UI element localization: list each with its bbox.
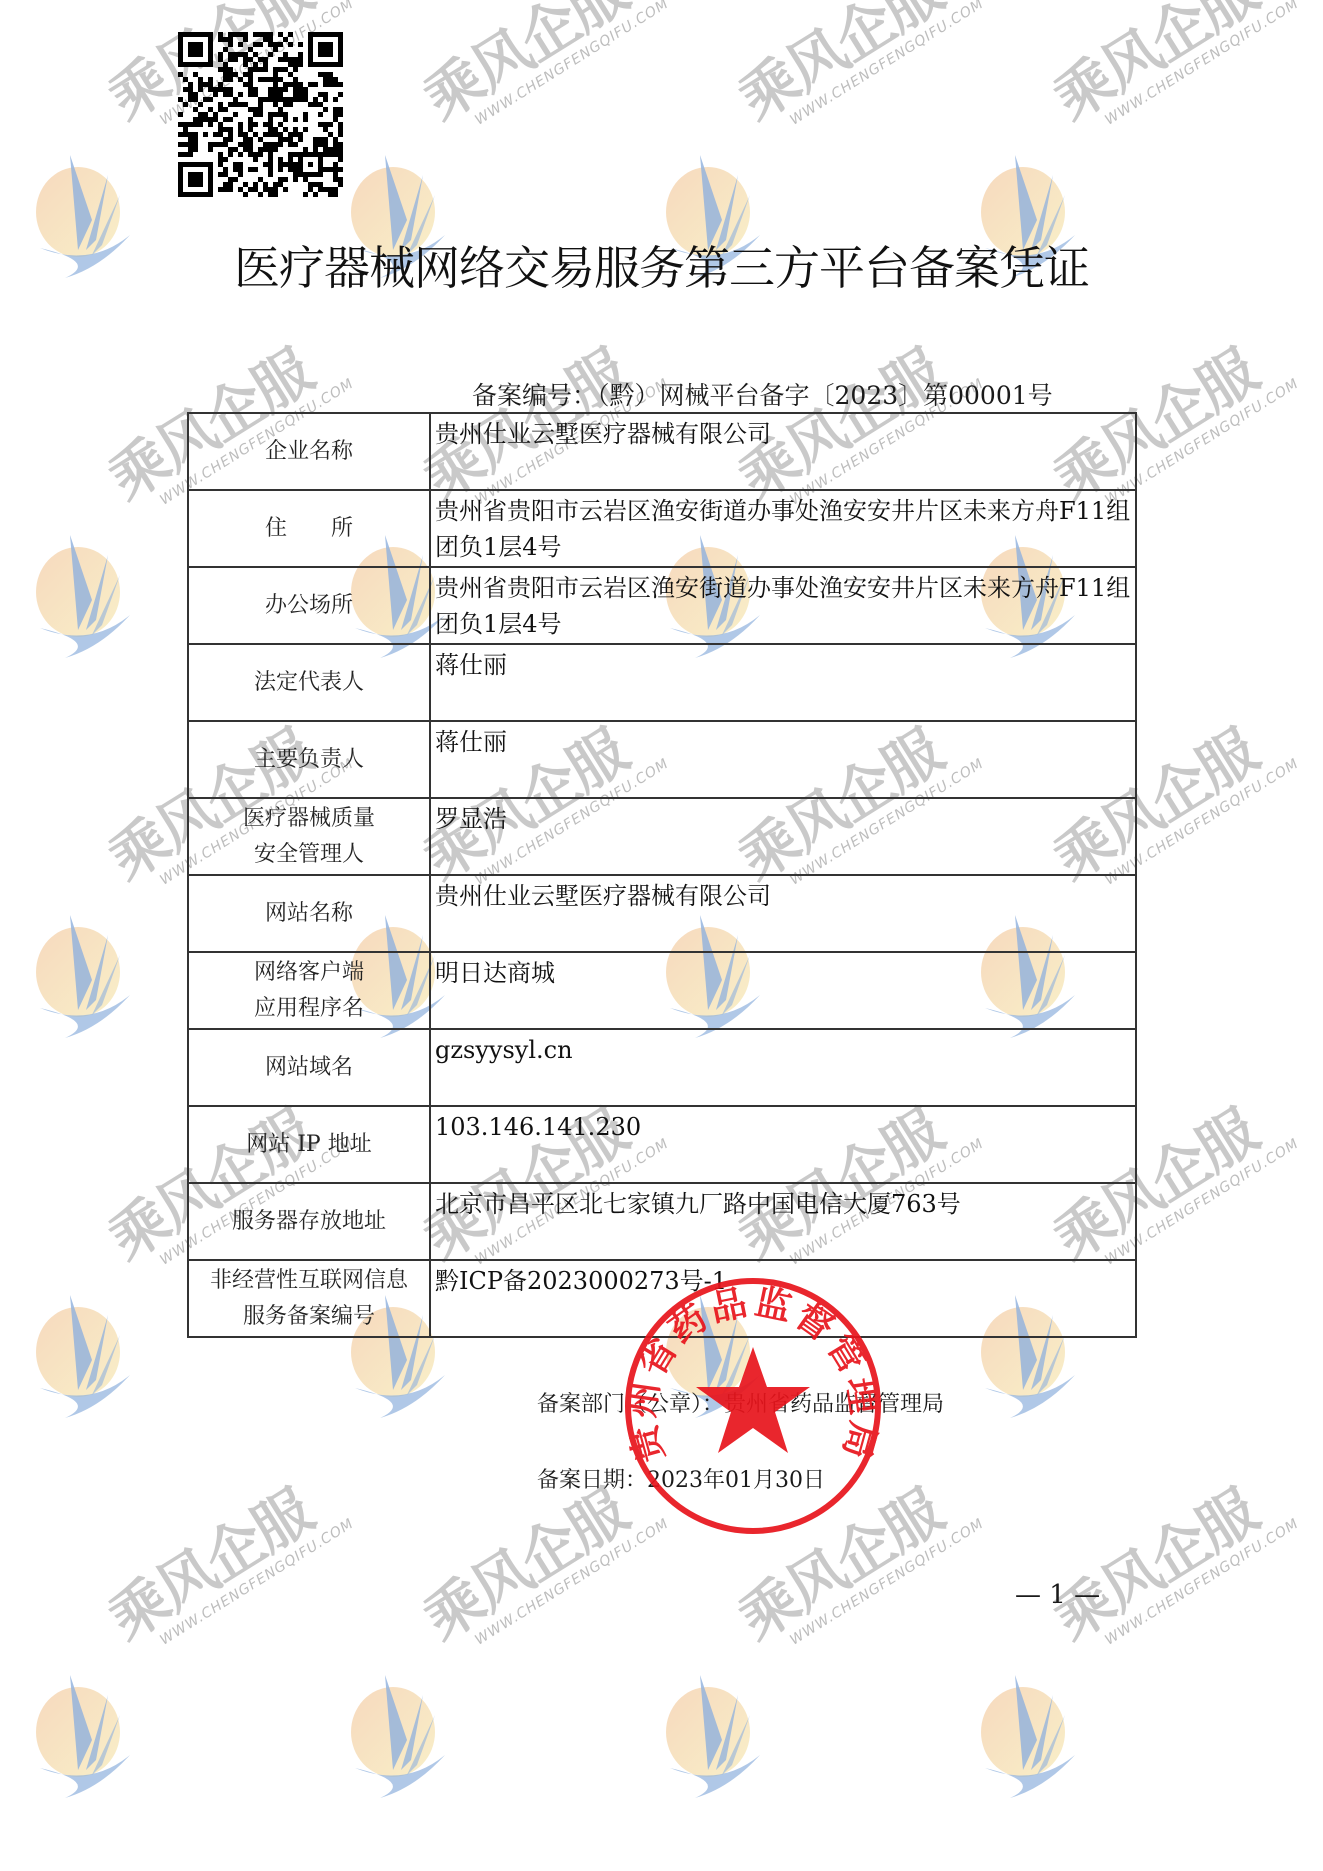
table-row: 医疗器械质量安全管理人罗显浩 <box>188 798 1136 875</box>
row-value: 北京市昌平区北七家镇九厂路中国电信大厦763号 <box>430 1183 1136 1260</box>
table-row: 法定代表人蒋仕丽 <box>188 644 1136 721</box>
row-value: 贵州仕业云墅医疗器械有限公司 <box>430 875 1136 952</box>
row-label: 主要负责人 <box>188 721 430 798</box>
row-value: gzsyysyl.cn <box>430 1029 1136 1106</box>
star-icon <box>696 1347 810 1453</box>
row-value: 贵州仕业云墅医疗器械有限公司 <box>430 413 1136 490</box>
row-label: 网站域名 <box>188 1029 430 1106</box>
row-label: 服务器存放地址 <box>188 1183 430 1260</box>
document-title: 医疗器械网络交易服务第三方平台备案凭证 <box>0 232 1323 298</box>
table-row: 办公场所贵州省贵阳市云岩区渔安街道办事处渔安安井片区未来方舟F11组团负1层4号 <box>188 567 1136 644</box>
table-row: 住 所贵州省贵阳市云岩区渔安街道办事处渔安安井片区未来方舟F11组团负1层4号 <box>188 490 1136 567</box>
table-row: 网络客户端应用程序名明日达商城 <box>188 952 1136 1029</box>
row-label: 网站名称 <box>188 875 430 952</box>
table-row: 企业名称贵州仕业云墅医疗器械有限公司 <box>188 413 1136 490</box>
row-label: 企业名称 <box>188 413 430 490</box>
row-value: 103.146.141.230 <box>430 1106 1136 1183</box>
row-value: 罗显浩 <box>430 798 1136 875</box>
table-row: 服务器存放地址北京市昌平区北七家镇九厂路中国电信大厦763号 <box>188 1183 1136 1260</box>
row-value: 蒋仕丽 <box>430 644 1136 721</box>
row-label: 医疗器械质量安全管理人 <box>188 798 430 875</box>
table-row: 网站域名gzsyysyl.cn <box>188 1029 1136 1106</box>
table-row: 网站 IP 地址103.146.141.230 <box>188 1106 1136 1183</box>
page-number: — 1 — <box>1015 1580 1100 1610</box>
official-seal: 贵州省药品监督管理局 <box>622 1275 884 1537</box>
row-label: 住 所 <box>188 490 430 567</box>
document-page: 医疗器械网络交易服务第三方平台备案凭证 备案编号：（黔）网械平台备字〔2023〕… <box>0 0 1323 1871</box>
table-row: 主要负责人蒋仕丽 <box>188 721 1136 798</box>
row-label: 非经营性互联网信息服务备案编号 <box>188 1260 430 1337</box>
filing-number: 备案编号：（黔）网械平台备字〔2023〕第00001号 <box>472 376 1053 412</box>
row-label: 网站 IP 地址 <box>188 1106 430 1183</box>
row-value: 贵州省贵阳市云岩区渔安街道办事处渔安安井片区未来方舟F11组团负1层4号 <box>430 490 1136 567</box>
table-row: 网站名称贵州仕业云墅医疗器械有限公司 <box>188 875 1136 952</box>
row-label: 办公场所 <box>188 567 430 644</box>
qr-code-icon <box>178 32 343 197</box>
row-value: 贵州省贵阳市云岩区渔安街道办事处渔安安井片区未来方舟F11组团负1层4号 <box>430 567 1136 644</box>
row-value: 明日达商城 <box>430 952 1136 1029</box>
row-value: 蒋仕丽 <box>430 721 1136 798</box>
row-label: 网络客户端应用程序名 <box>188 952 430 1029</box>
row-label: 法定代表人 <box>188 644 430 721</box>
registration-info-table: 企业名称贵州仕业云墅医疗器械有限公司住 所贵州省贵阳市云岩区渔安街道办事处渔安安… <box>187 412 1137 1338</box>
